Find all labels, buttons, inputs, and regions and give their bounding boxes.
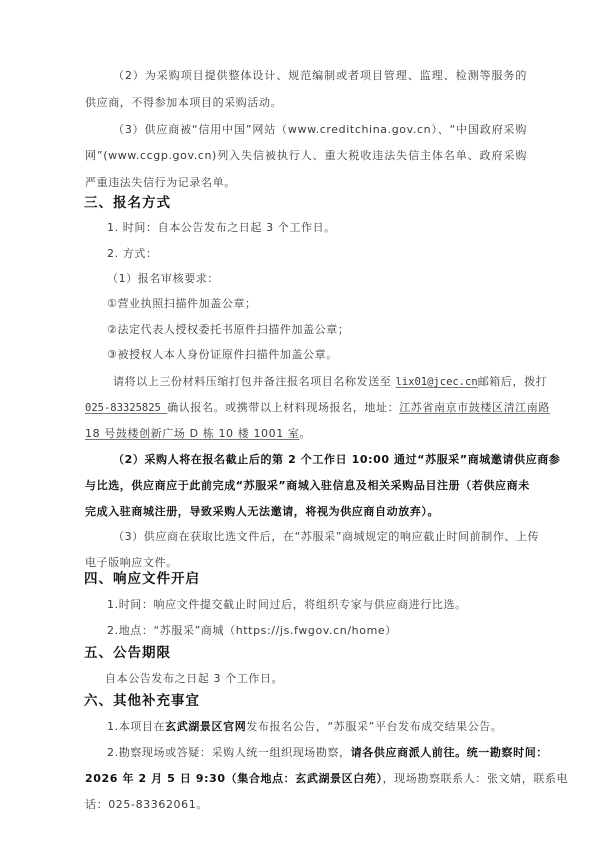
section-heading: 四、响应文件开启 — [84, 571, 200, 587]
bold-text: 请各供应商派人前往。统一勘察时间： — [351, 746, 548, 759]
paragraph-line: 18 号鼓楼创新广场 D 栋 10 楼 1001 室。 — [85, 427, 527, 441]
bold-text: 2026 年 2 月 5 日 9:30（集合地点：玄武湖景区白苑） — [85, 772, 383, 785]
bold-text: 玄武湖景区官网 — [165, 720, 246, 733]
paragraph-line: 1. 时间：自本公告发布之日起 3 个工作日。 — [107, 221, 549, 235]
section-heading: 三、报名方式 — [84, 195, 171, 211]
paragraph-line: （3）供应商在获取比选文件后，在“苏服采”商城规定的响应截止时间前制作、上传 — [85, 530, 527, 544]
paragraph-line: （1）报名审核要求： — [107, 272, 549, 286]
phone-number: 025-83325825 — [85, 402, 167, 414]
text: 。 — [300, 427, 312, 440]
paragraph-line: 2.勘察现场或答疑：采购人统一组织现场勘察，请各供应商派人前往。统一勘察时间： — [107, 746, 549, 760]
paragraph-line: 2. 方式： — [107, 247, 549, 261]
paragraph-line: 电子版响应文件。 — [85, 556, 527, 570]
text: 确认报名。或携带以上材料现场报名，地址： — [167, 401, 399, 414]
paragraph-line: 与比选，供应商应于此前完成“苏服采”商城入驻信息及相关采购品目注册（若供应商未 — [85, 479, 527, 493]
list-item: ②法定代表人授权委托书原件扫描件加盖公章； — [107, 323, 549, 337]
text: 发布报名公告，“苏服采”平台发布成交结果公告。 — [246, 720, 502, 733]
section-heading: 五、公告期限 — [84, 645, 171, 661]
paragraph-line: （2）为采购项目提供整体设计、规范编制或者项目管理、监理、检测等服务的 — [85, 69, 527, 83]
paragraph-line: 网”(www.ccgp.gov.cn)列入失信被执行人、重大税收违法失信主体名单… — [85, 149, 527, 163]
paragraph-line: 供应商，不得参加本项目的采购活动。 — [85, 96, 527, 110]
text: 请将以上三份材料压缩打包并备注报名项目名称发送至 — [113, 375, 396, 388]
list-item: ③被授权人本人身份证原件扫描件加盖公章。 — [107, 348, 549, 362]
text: 1.本项目在 — [107, 720, 165, 733]
paragraph-line: （3）供应商被“信用中国”网站（www.creditchina.gov.cn）、… — [85, 123, 527, 137]
paragraph-line: 完成入驻商城注册，导致采购人无法邀请，将视为供应商自动放弃）。 — [85, 505, 527, 519]
paragraph-line: 请将以上三份材料压缩打包并备注报名项目名称发送至 lix01@jcec.cn邮箱… — [85, 375, 527, 389]
paragraph-line: 话：025-83362061。 — [85, 798, 527, 812]
paragraph-line: 严重违法失信行为记录名单。 — [85, 176, 527, 190]
text: ，现场勘察联系人：张文婧，联系电 — [383, 772, 569, 785]
address-text: 江苏省南京市鼓楼区清江南路 — [399, 401, 550, 414]
section-heading: 六、其他补充事宜 — [84, 693, 200, 709]
paragraph-line: 2026 年 2 月 5 日 9:30（集合地点：玄武湖景区白苑），现场勘察联系… — [85, 772, 527, 786]
list-item: ①营业执照扫描件加盖公章； — [107, 297, 549, 311]
address-text: 18 号鼓楼创新广场 D 栋 10 楼 1001 室 — [85, 427, 300, 440]
text: 邮箱后，拨打 — [478, 375, 548, 388]
paragraph-line: 自本公告发布之日起 3 个工作日。 — [105, 672, 547, 686]
document-page: （2）为采购项目提供整体设计、规范编制或者项目管理、监理、检测等服务的 供应商，… — [0, 0, 611, 864]
paragraph-line: 2.地点：“苏服采”商城（https://js.fwgov.cn/home） — [107, 624, 549, 638]
paragraph-line: 1.本项目在玄武湖景区官网发布报名公告，“苏服采”平台发布成交结果公告。 — [107, 720, 549, 734]
paragraph-line: 1.时间：响应文件提交截止时间过后，将组织专家与供应商进行比选。 — [107, 598, 549, 612]
paragraph-line: （2）采购人将在报名截止后的第 2 个工作日 10:00 通过“苏服采”商城邀请… — [85, 453, 527, 467]
paragraph-line: 025-83325825 确认报名。或携带以上材料现场报名，地址：江苏省南京市鼓… — [85, 401, 527, 415]
email-link[interactable]: lix01@jcec.cn — [396, 376, 478, 388]
text: 2.勘察现场或答疑：采购人统一组织现场勘察， — [107, 746, 351, 759]
